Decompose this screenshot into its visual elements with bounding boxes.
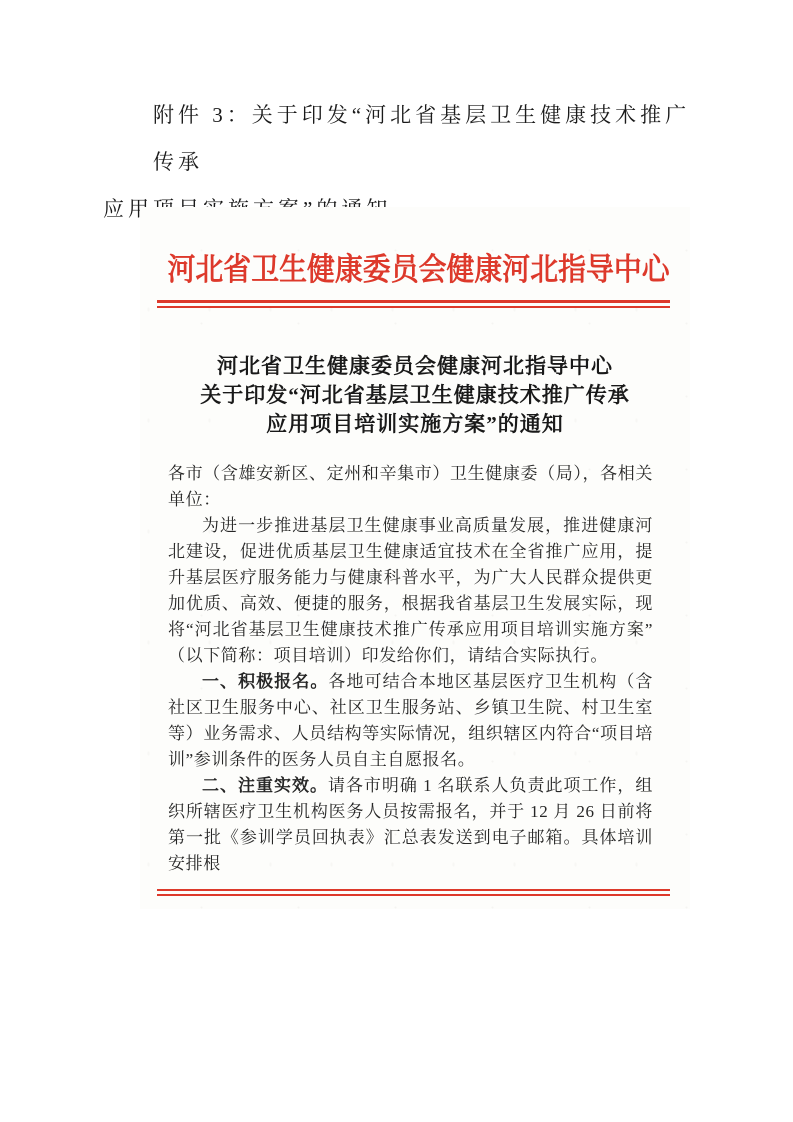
attachment-heading-line-1: 附件 3：关于印发“河北省基层卫生健康技术推广传承 [103, 92, 699, 186]
letterhead-title: 河北省卫生健康委员会健康河北指导中心 [168, 251, 663, 289]
scanned-notice: 河北省卫生健康委员会健康河北指导中心 河北省卫生健康委员会健康河北指导中心 关于… [140, 207, 690, 909]
notice-title-line-3: 应用项目培训实施方案”的通知 [140, 410, 690, 439]
salutation: 各市（含雄安新区、定州和辛集市）卫生健康委（局），各相关单位： [168, 461, 653, 513]
paragraph-intro-text: 为进一步推进基层卫生健康事业高质量发展，推进健康河北建设，促进优质基层卫生健康适… [168, 516, 653, 665]
paragraph-item-1-lead: 一、积极报名。 [202, 672, 328, 691]
notice-body: 各市（含雄安新区、定州和辛集市）卫生健康委（局），各相关单位： 为进一步推进基层… [168, 461, 653, 877]
notice-title: 河北省卫生健康委员会健康河北指导中心 关于印发“河北省基层卫生健康技术推广传承 … [140, 352, 690, 439]
paragraph-intro: 为进一步推进基层卫生健康事业高质量发展，推进健康河北建设，促进优质基层卫生健康适… [168, 513, 653, 669]
footer-double-rule [157, 889, 670, 896]
letterhead-double-rule [157, 300, 670, 308]
paragraph-item-2: 二、注重实效。请各市明确 1 名联系人负责此项工作，组织所辖医疗卫生机构医务人员… [168, 773, 653, 877]
paragraph-item-1: 一、积极报名。各地可结合本地区基层医疗卫生机构（含社区卫生服务中心、社区卫生服务… [168, 669, 653, 773]
notice-title-line-1: 河北省卫生健康委员会健康河北指导中心 [140, 352, 690, 381]
notice-title-line-2: 关于印发“河北省基层卫生健康技术推广传承 [140, 381, 690, 410]
page: { "heading": { "line1": "附件 3：关于印发“河北省基层… [0, 0, 793, 1122]
paragraph-item-2-lead: 二、注重实效。 [202, 776, 328, 795]
